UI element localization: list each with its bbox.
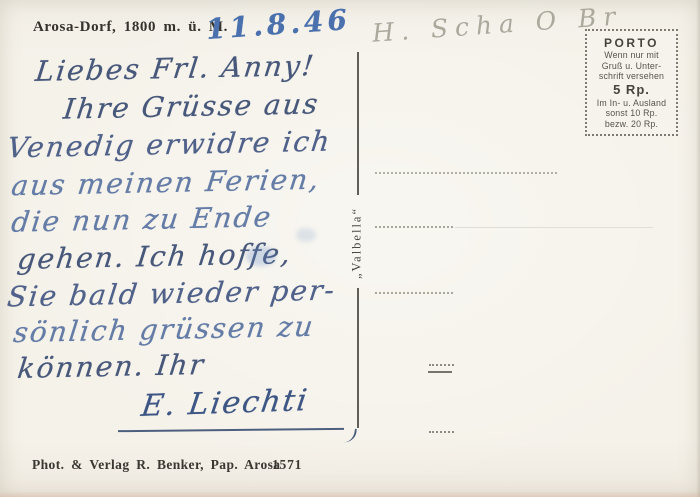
divider-line-top xyxy=(357,52,359,195)
divider-brand-label: „Valbella“ xyxy=(350,207,365,279)
divider-line-bottom xyxy=(357,288,359,428)
message-line: können. Ihr xyxy=(16,348,207,385)
postcard-back: Arosa-Dorf, 1800 m. ü. M. 11.8.46 H. Sch… xyxy=(0,0,700,497)
signature: E. Liechti xyxy=(139,383,311,424)
address-line-3 xyxy=(375,292,453,294)
message-line: Liebes Frl. Anny! xyxy=(34,49,318,88)
address-line-5-dots xyxy=(429,431,454,433)
scan-edge-bottom xyxy=(0,491,700,497)
ink-blot xyxy=(246,246,276,266)
address-line-2-faint xyxy=(455,227,653,228)
signature-flourish xyxy=(343,427,357,444)
handwritten-date: 11.8.46 xyxy=(205,3,352,46)
message-line: Ihre Grüsse aus xyxy=(62,87,322,125)
porto-text-line: Im In- u. Ausland xyxy=(597,98,666,109)
message-line: sönlich grüssen zu xyxy=(12,310,317,349)
porto-title: PORTO xyxy=(604,36,659,50)
postcard-caption: Arosa-Dorf, 1800 m. ü. M. xyxy=(33,19,228,36)
porto-text-line: Gruß u. Unter- xyxy=(602,61,662,72)
publisher-imprint: Phot. & Verlag R. Benker, Pap. Arosa xyxy=(32,457,280,473)
message-line: die nun zu Ende xyxy=(10,200,275,238)
porto-text-line: sonst 10 Rp. xyxy=(606,108,658,119)
address-line-1 xyxy=(375,172,557,174)
message-line: Sie bald wieder per- xyxy=(6,274,338,314)
signature-underline xyxy=(118,428,344,432)
scan-edge-right xyxy=(696,0,700,497)
message-line: Venedig erwidre ich xyxy=(6,125,334,165)
card-number: 1571 xyxy=(272,457,302,473)
porto-rate: 5 Rp. xyxy=(613,82,650,98)
porto-text-line: bezw. 20 Rp. xyxy=(605,119,658,130)
address-line-4-rule xyxy=(428,371,452,373)
porto-stamp-box: PORTO Wenn nur mit Gruß u. Unter- schrif… xyxy=(585,29,678,136)
address-line-2 xyxy=(375,226,453,228)
address-line-4-dots xyxy=(429,364,454,366)
message-line: aus meinen Ferien, xyxy=(10,163,323,202)
porto-text-line: Wenn nur mit xyxy=(604,50,659,61)
porto-text-line: schrift versehen xyxy=(599,71,664,82)
ink-blot xyxy=(296,228,316,242)
